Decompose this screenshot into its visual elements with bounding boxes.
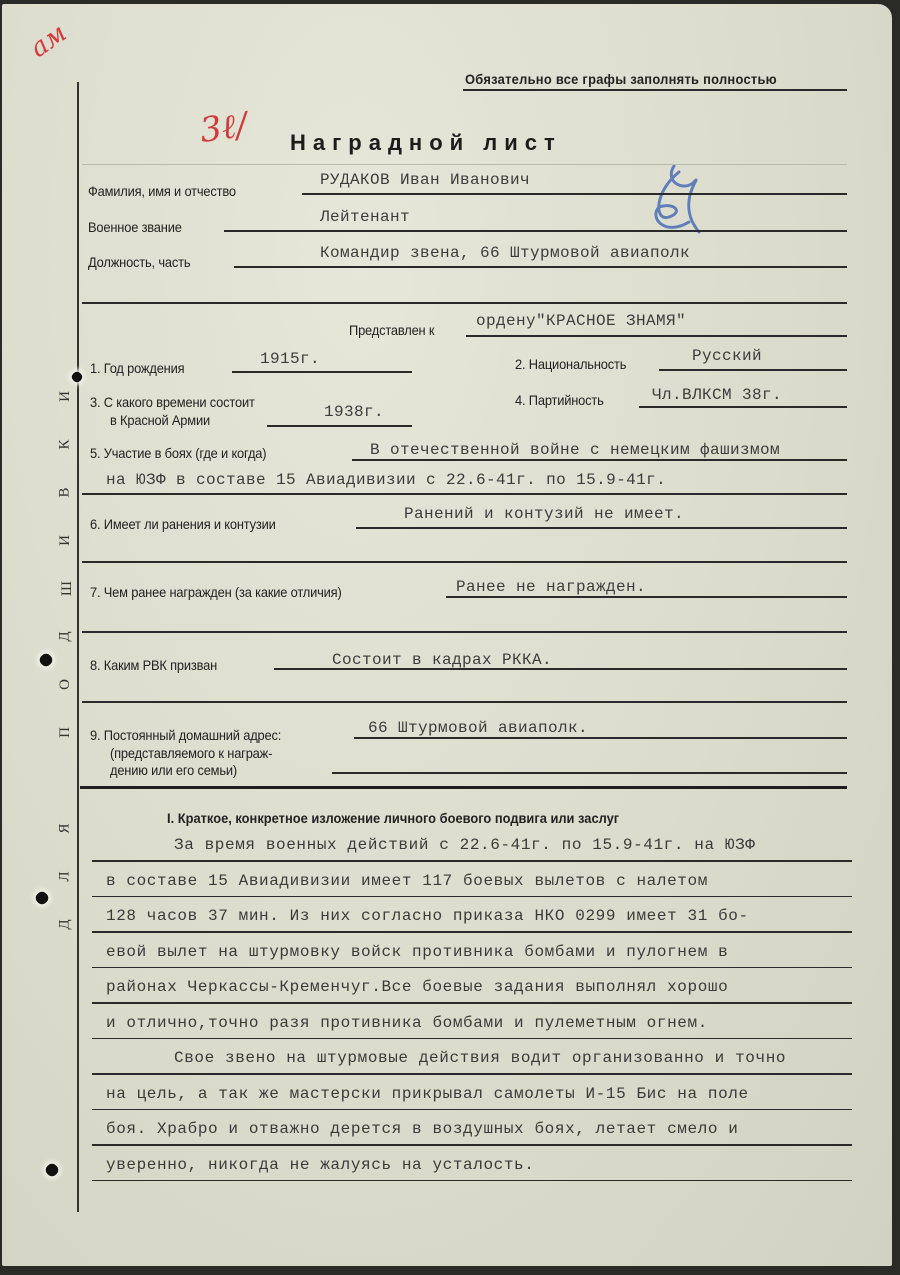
margin-letter: И bbox=[57, 391, 74, 402]
birth-year-line bbox=[232, 371, 412, 373]
story-underline bbox=[92, 1144, 852, 1146]
story-line: и отлично,точно разя противника бомбами … bbox=[106, 1014, 708, 1032]
conscription-label: 8. Каким РВК призван bbox=[90, 657, 217, 673]
story-line: Свое звено на штурмовые действия водит о… bbox=[174, 1049, 786, 1067]
position-value: Командир звена, 66 Штурмовой авиаполк bbox=[320, 244, 690, 262]
address-value: 66 Штурмовой авиаполк. bbox=[368, 719, 588, 737]
page-title: Наградной лист bbox=[290, 130, 562, 156]
previous-awards-label: 7. Чем ранее награжден (за какие отличия… bbox=[90, 584, 342, 600]
story-line: уверенно, никогда не жалуясь на усталост… bbox=[106, 1156, 534, 1174]
conscription-value: Состоит в кадрах РККА. bbox=[332, 651, 552, 669]
story-line: евой вылет на штурмовку войск противника… bbox=[106, 943, 728, 961]
position-label: Должность, часть bbox=[88, 254, 190, 270]
story-underline bbox=[92, 1109, 852, 1111]
nationality-value: Русский bbox=[692, 347, 762, 365]
battles-line-1 bbox=[352, 459, 847, 461]
previous-awards-line bbox=[446, 596, 847, 598]
story-underline bbox=[92, 896, 852, 898]
conscription-line bbox=[274, 668, 847, 670]
wounds-label: 6. Имеет ли ранения и контузии bbox=[90, 516, 276, 532]
story-underline bbox=[92, 931, 852, 933]
army-since-value: 1938г. bbox=[324, 403, 384, 421]
battles-value-1: В отечественной войне с немецким фашизмо… bbox=[370, 441, 780, 459]
story-underline bbox=[92, 1002, 852, 1004]
nominated-value: ордену"КРАСНОЕ ЗНАМЯ" bbox=[476, 312, 686, 330]
nationality-line bbox=[659, 369, 847, 371]
wounds-line-2 bbox=[82, 561, 847, 563]
story-line: 128 часов 37 мин. Из них согласно приказ… bbox=[106, 907, 749, 925]
story-line: районах Черкассы-Кременчуг.Все боевые за… bbox=[106, 978, 728, 996]
full-name-value: РУДАКОВ Иван Иванович bbox=[320, 171, 530, 189]
red-handwritten-mark: ам bbox=[25, 18, 73, 64]
battles-line-2 bbox=[82, 493, 847, 495]
margin-letter: Л bbox=[57, 871, 74, 881]
margin-letter: В bbox=[57, 487, 74, 497]
party-line bbox=[639, 406, 847, 408]
full-name-label: Фамилия, имя и отчество bbox=[88, 183, 236, 199]
margin-line bbox=[77, 82, 79, 1212]
nationality-label: 2. Национальность bbox=[515, 356, 626, 372]
nominated-label: Представлен к bbox=[349, 322, 434, 338]
header-underline bbox=[463, 89, 847, 91]
red-handwritten-number: 3ℓ/ bbox=[197, 105, 249, 151]
rank-line bbox=[224, 230, 847, 232]
nominated-line bbox=[466, 335, 847, 337]
conscription-line-2 bbox=[82, 701, 847, 703]
position-line bbox=[234, 266, 847, 268]
story-line: боя. Храбро и отважно дерется в воздушны… bbox=[106, 1120, 739, 1138]
previous-awards-line-2 bbox=[82, 631, 847, 633]
rank-value: Лейтенант bbox=[320, 208, 410, 226]
margin-letter: Ш bbox=[59, 581, 76, 596]
address-label-1: 9. Постоянный домашний адрес: bbox=[90, 727, 281, 743]
birth-year-label: 1. Год рождения bbox=[90, 360, 184, 376]
battles-value-2: на ЮЗФ в составе 15 Авиадивизии с 22.6-4… bbox=[106, 471, 666, 489]
party-value: Чл.ВЛКСМ 38г. bbox=[652, 386, 782, 404]
battles-label: 5. Участие в боях (где и когда) bbox=[90, 445, 266, 461]
divider-line bbox=[82, 302, 847, 304]
rank-label: Военное звание bbox=[88, 219, 182, 235]
margin-letter: П bbox=[57, 727, 74, 738]
story-underline bbox=[92, 1073, 852, 1075]
army-since-line bbox=[267, 425, 412, 427]
birth-year-value: 1915г. bbox=[260, 350, 320, 368]
award-sheet: ам 3ℓ/ Обязательно все графы заполнять п… bbox=[2, 4, 892, 1266]
story-underline bbox=[92, 1038, 852, 1040]
guide-line bbox=[82, 164, 847, 165]
section-title: I. Краткое, конкретное изложение личного… bbox=[167, 810, 619, 826]
margin-letter: О bbox=[57, 679, 74, 690]
full-name-line bbox=[302, 193, 847, 195]
punch-hole bbox=[34, 890, 51, 907]
address-label-3: дению или его семьи) bbox=[110, 762, 237, 778]
punch-hole bbox=[44, 1162, 61, 1179]
section-divider bbox=[80, 786, 847, 789]
story-underline bbox=[92, 967, 852, 969]
story-line: За время военных действий с 22.6-41г. по… bbox=[174, 836, 756, 854]
story-line: на цель, а так же мастерски прикрывал са… bbox=[106, 1085, 749, 1103]
margin-letter: Я bbox=[57, 823, 74, 833]
header-note: Обязательно все графы заполнять полность… bbox=[465, 71, 777, 87]
margin-letter: Д bbox=[57, 919, 74, 929]
address-label-2: (представляемого к награж- bbox=[110, 745, 272, 761]
wounds-line bbox=[356, 527, 847, 529]
army-since-label-2: в Красной Армии bbox=[110, 412, 210, 428]
party-label: 4. Партийность bbox=[515, 392, 604, 408]
previous-awards-value: Ранее не награжден. bbox=[456, 578, 646, 596]
punch-hole bbox=[38, 652, 55, 669]
margin-letter: И bbox=[57, 535, 74, 546]
story-underline bbox=[92, 860, 852, 862]
punch-hole bbox=[70, 370, 84, 384]
margin-letter: К bbox=[57, 439, 74, 449]
margin-letter: Д bbox=[57, 631, 74, 641]
story-underline bbox=[92, 1180, 852, 1182]
army-since-label-1: 3. С какого времени состоит bbox=[90, 394, 255, 410]
story-line: в составе 15 Авиадивизии имеет 117 боевы… bbox=[106, 872, 708, 890]
address-line-1 bbox=[354, 737, 847, 739]
wounds-value: Ранений и контузий не имеет. bbox=[404, 505, 684, 523]
address-line-2 bbox=[332, 772, 847, 774]
